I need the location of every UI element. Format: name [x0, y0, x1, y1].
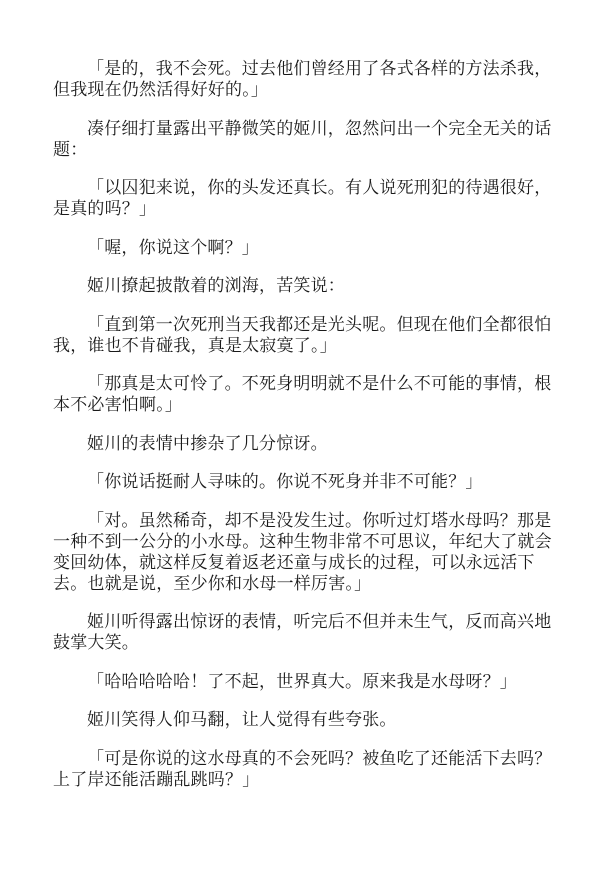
paragraph: 姬川听得露出惊讶的表情，听完后不但并未生气，反而高兴地鼓掌大笑。 — [53, 611, 555, 653]
text-line: 「直到第一次死刑当天我都还是光头呢。但现在他们全都很怕 — [87, 315, 551, 334]
text-line: 我，谁也不肯碰我，真是太寂寞了。」 — [53, 336, 337, 355]
paragraph: 「哈哈哈哈哈！了不起，世界真大。原来我是水母呀？」 — [53, 671, 555, 692]
paragraph: 「直到第一次死刑当天我都还是光头呢。但现在他们全都很怕我，谁也不肯碰我，真是太寂… — [53, 314, 555, 356]
text-line: 凑仔细打量露出平静微笑的姬川，忽然问出一个完全无关的话 — [87, 119, 551, 138]
text-line: 「是的，我不会死。过去他们曾经用了各式各样的方法杀我， — [87, 59, 551, 78]
text-line: 「对。虽然稀奇，却不是没发生过。你听过灯塔水母吗？那是 — [87, 511, 551, 530]
text-line: 「哈哈哈哈哈！了不起，世界真大。原来我是水母呀？」 — [87, 672, 517, 691]
paragraph: 凑仔细打量露出平静微笑的姬川，忽然问出一个完全无关的话题： — [53, 118, 555, 160]
text-line: 题： — [53, 140, 87, 159]
paragraph: 「喔，你说这个啊？」 — [53, 237, 555, 258]
text-line: 「你说话挺耐人寻味的。你说不死身并非不可能？」 — [87, 472, 483, 491]
text-line: 上了岸还能活蹦乱跳吗？」 — [53, 770, 259, 789]
text-line: 姬川笑得人仰马翻，让人觉得有些夸张。 — [87, 710, 397, 729]
text-line: 去。也就是说，至少你和水母一样厉害。」 — [53, 574, 371, 593]
text-line: 但我现在仍然活得好好的。」 — [53, 80, 268, 99]
text-line: 姬川的表情中掺杂了几分惊讶。 — [87, 434, 328, 453]
paragraph: 「那真是太可怜了。不死身明明就不是什么不可能的事情，根本不必害怕啊。」 — [53, 373, 555, 415]
text-line: 本不必害怕啊。」 — [53, 395, 182, 414]
text-line: 一种不到一公分的小水母。这种生物非常不可思议，年纪大了就会 — [53, 532, 552, 551]
paragraph: 「你说话挺耐人寻味的。你说不死身并非不可能？」 — [53, 471, 555, 492]
text-line: 鼓掌大笑。 — [53, 633, 139, 652]
paragraph: 姬川笑得人仰马翻，让人觉得有些夸张。 — [53, 709, 555, 730]
paragraph: 「对。虽然稀奇，却不是没发生过。你听过灯塔水母吗？那是一种不到一公分的小水母。这… — [53, 510, 555, 594]
text-line: 「可是你说的这水母真的不会死吗？被鱼吃了还能活下去吗？ — [87, 749, 551, 768]
paragraph: 「以囚犯来说，你的头发还真长。有人说死刑犯的待遇很好，是真的吗？」 — [53, 177, 555, 219]
paragraph: 姬川的表情中掺杂了几分惊讶。 — [53, 433, 555, 454]
text-line: 姬川听得露出惊讶的表情，听完后不但并未生气，反而高兴地 — [87, 612, 551, 631]
text-line: 姬川撩起披散着的浏海，苦笑说： — [87, 276, 345, 295]
text-line: 「那真是太可怜了。不死身明明就不是什么不可能的事情，根 — [87, 374, 551, 393]
text-line: 变回幼体，就这样反复着返老还童与成长的过程，可以永远活下 — [53, 553, 535, 572]
text-line: 「喔，你说这个啊？」 — [87, 238, 259, 257]
text-line: 是真的吗？」 — [53, 199, 156, 218]
paragraph: 姬川撩起披散着的浏海，苦笑说： — [53, 275, 555, 296]
paragraph: 「可是你说的这水母真的不会死吗？被鱼吃了还能活下去吗？上了岸还能活蹦乱跳吗？」 — [53, 748, 555, 790]
page-text: 「是的，我不会死。过去他们曾经用了各式各样的方法杀我，但我现在仍然活得好好的。」… — [53, 58, 555, 790]
document-page: 「是的，我不会死。过去他们曾经用了各式各样的方法杀我，但我现在仍然活得好好的。」… — [0, 0, 613, 869]
paragraph: 「是的，我不会死。过去他们曾经用了各式各样的方法杀我，但我现在仍然活得好好的。」 — [53, 58, 555, 100]
text-line: 「以囚犯来说，你的头发还真长。有人说死刑犯的待遇很好， — [87, 178, 551, 197]
